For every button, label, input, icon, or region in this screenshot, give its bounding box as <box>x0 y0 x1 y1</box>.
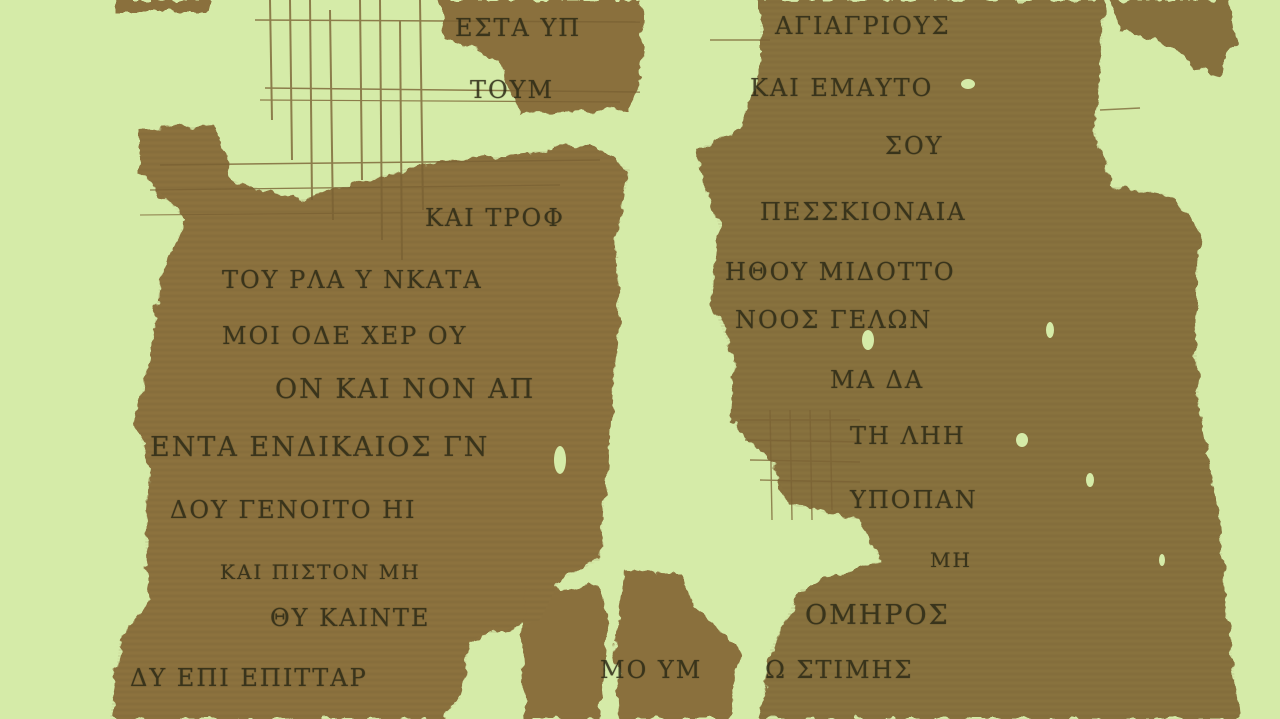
right-column-line-7: ΜΑ ΔΑ <box>830 366 924 394</box>
right-column-line-11: ΟΜΗΡΟΣ <box>805 600 950 631</box>
left-column-line-9: ΚΑΙ ΠΙΣΤΟΝ ΜΗ <box>220 560 421 584</box>
left-column-line-4: ΤΟΥ ΡΛΑ Υ ΝΚΑΤΑ <box>222 266 483 294</box>
right-column-line-2: ΚΑΙ ΕΜΑΥΤΟ <box>750 74 933 102</box>
right-column-line-10: ΜΗ <box>930 548 972 572</box>
right-column-line-8: ΤΗ ΛΗΗ <box>850 422 966 450</box>
papyrus-photograph: ΕΣΤΑ ΥΠ ΤΟΥΜ ΚΑΙ ΤΡΟΦ ΤΟΥ ΡΛΑ Υ ΝΚΑΤΑ ΜΟ… <box>0 0 1280 719</box>
right-column-line-5: ΗΘΟΥ ΜΙΔΟΤΤΟ <box>725 258 956 286</box>
papyrus-fragments <box>0 0 1280 719</box>
right-column-line-3: ΣΟΥ <box>885 132 944 160</box>
left-column-line-12: ΜΟ ΥΜ <box>600 656 702 684</box>
left-column-line-3: ΚΑΙ ΤΡΟΦ <box>425 204 565 232</box>
right-column-line-1: ΑΓΙΑΓΡΙΟΥΣ <box>775 12 951 40</box>
left-column-line-7: ΕΝΤΑ ΕΝΔΙΚΑΙΟΣ ΓΝ <box>150 432 489 463</box>
left-column-line-11: ΔΥ ΕΠΙ ΕΠΙΤΤΑΡ <box>130 664 368 692</box>
right-column-line-12: Ω ΣΤΙΜΗΣ <box>765 656 913 684</box>
right-column-line-9: ΥΠΟΠΑΝ <box>850 486 978 514</box>
left-column-line-8: ΔΟΥ ΓΕΝΟΙΤΟ ΗΙ <box>170 496 417 524</box>
right-column-line-4: ΠΕΣΣΚΙΟΝΑΙΑ <box>760 198 967 226</box>
left-column-line-5: ΜΟΙ ΟΔΕ ΧΕΡ ΟΥ <box>222 322 467 350</box>
left-column-line-10: ΘΥ ΚΑΙΝΤΕ <box>270 604 430 632</box>
left-column-line-1: ΕΣΤΑ ΥΠ <box>455 14 581 42</box>
left-column-line-2: ΤΟΥΜ <box>470 76 554 104</box>
left-column-line-6: ΟΝ ΚΑΙ ΝΟΝ ΑΠ <box>275 374 535 405</box>
right-column-line-6: ΝΟΟΣ ΓΕΛΩΝ <box>735 306 932 334</box>
